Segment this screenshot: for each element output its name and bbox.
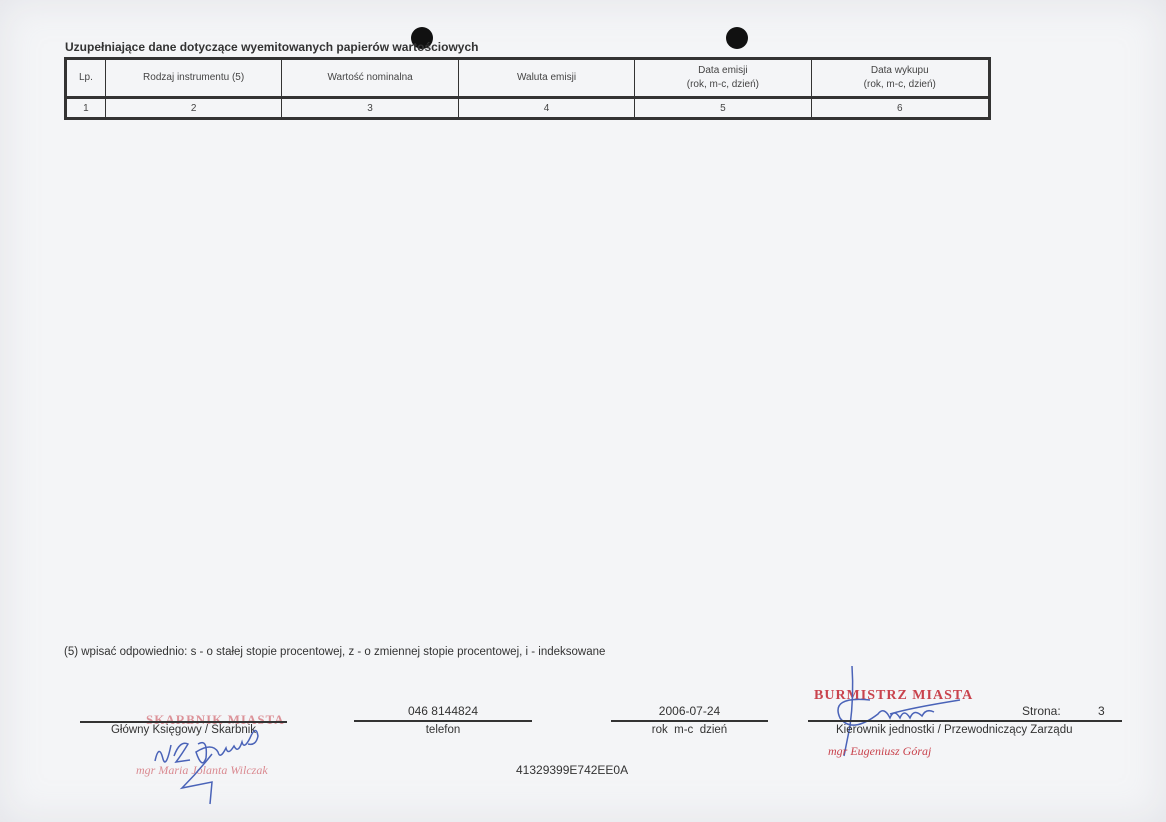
header-currency: Waluta emisji — [458, 59, 634, 98]
header-lp: Lp. — [66, 59, 106, 98]
punch-hole-right — [726, 27, 748, 49]
head-stamp-name: mgr Eugeniusz Góraj — [828, 744, 931, 759]
section-title: Uzupełniające dane dotyczące wyemitowany… — [65, 40, 478, 54]
securities-table: Lp. Rodzaj instrumentu (5) Wartość nomin… — [64, 57, 991, 120]
accountant-stamp-name: mgr Maria Jolanta Wilczak — [136, 763, 268, 778]
page-number: 3 — [1098, 704, 1105, 718]
head-stamp-title: BURMISTRZ MIASTA — [814, 688, 973, 704]
date-line — [611, 720, 768, 722]
column-number: 6 — [811, 98, 989, 119]
head-label: Kierownik jednostki / Przewodniczący Zar… — [808, 724, 1122, 736]
column-number: 3 — [282, 98, 458, 119]
head-signature-line — [808, 720, 1122, 722]
column-number: 5 — [635, 98, 811, 119]
phone-label: telefon — [354, 724, 532, 736]
header-issue-date: Data emisji(rok, m-c, dzień) — [635, 59, 811, 98]
column-number: 2 — [105, 98, 281, 119]
column-number: 1 — [66, 98, 106, 119]
accountant-label: Główny Księgowy / Skarbnik — [80, 724, 287, 736]
header-redemption-date: Data wykupu(rok, m-c, dzień) — [811, 59, 989, 98]
accountant-signature-line — [80, 721, 287, 723]
date-value: 2006-07-24 — [611, 704, 768, 718]
header-nominal-value: Wartość nominalna — [282, 59, 458, 98]
column-number: 4 — [458, 98, 634, 119]
scan-background — [0, 0, 1166, 822]
date-label: rok m-c dzień — [611, 724, 768, 736]
page-label: Strona: — [1022, 704, 1061, 718]
table-row: 1 2 3 4 5 6 — [66, 98, 990, 119]
table-header-row: Lp. Rodzaj instrumentu (5) Wartość nomin… — [66, 59, 990, 98]
footnote: (5) wpisać odpowiednio: s - o stałej sto… — [64, 646, 605, 658]
header-instrument-type: Rodzaj instrumentu (5) — [105, 59, 281, 98]
phone-value: 046 8144824 — [354, 704, 532, 718]
document-code: 41329399E742EE0A — [516, 763, 628, 777]
phone-line — [354, 720, 532, 722]
